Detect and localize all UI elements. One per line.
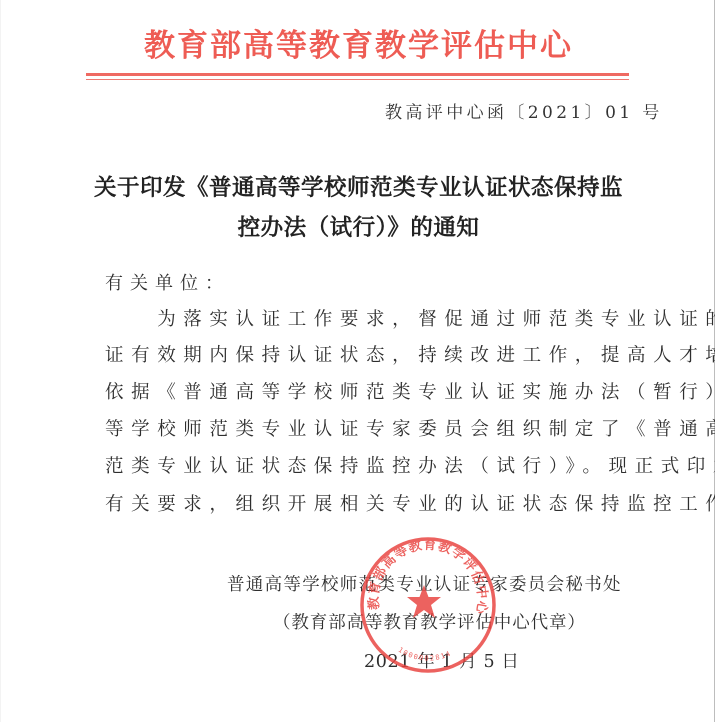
document-page: 教育部高等教育教学评估中心 教高评中心函〔2021〕01 号 关于印发《普通高等…: [0, 0, 715, 722]
letterhead-rule-thick: [86, 73, 629, 76]
document-number: 教高评中心函〔2021〕01 号: [385, 101, 663, 125]
document-title: 关于印发《普通高等学校师范类专业认证状态保持监 控办法（试行）》的通知: [91, 168, 626, 248]
body-line: 等学校师范类专业认证专家委员会组织制定了《普通高等学校师: [105, 417, 715, 443]
letterhead-title: 教育部高等教育教学评估中心: [1, 27, 715, 65]
title-line-1: 关于印发《普通高等学校师范类专业认证状态保持监: [91, 168, 626, 208]
body-line: 有关要求，组织开展相关专业的认证状态保持监控工作。: [105, 492, 715, 518]
signature-date: 2021 年 1 月 5 日: [364, 650, 520, 674]
body-line: 证有效期内保持认证状态，持续改进工作，提高人才培养质量，: [105, 343, 715, 369]
letterhead-rule-thin: [86, 79, 629, 80]
body-line: 为落实认证工作要求，督促通过师范类专业认证的专业在认: [105, 307, 715, 333]
body-line: 依据《普通高等学校师范类专业认证实施办法（暂行）》，普通高: [105, 380, 715, 406]
salutation: 有关单位：: [105, 271, 230, 297]
title-line-2: 控办法（试行）》的通知: [91, 208, 626, 248]
signature-on-behalf: （教育部高等教育教学评估中心代章）: [273, 611, 586, 635]
body-line: 范类专业认证状态保持监控办法（试行）》。现正式印发，请遵照: [105, 454, 715, 480]
signature-issuer: 普通高等学校师范类专业认证专家委员会秘书处: [227, 573, 622, 597]
